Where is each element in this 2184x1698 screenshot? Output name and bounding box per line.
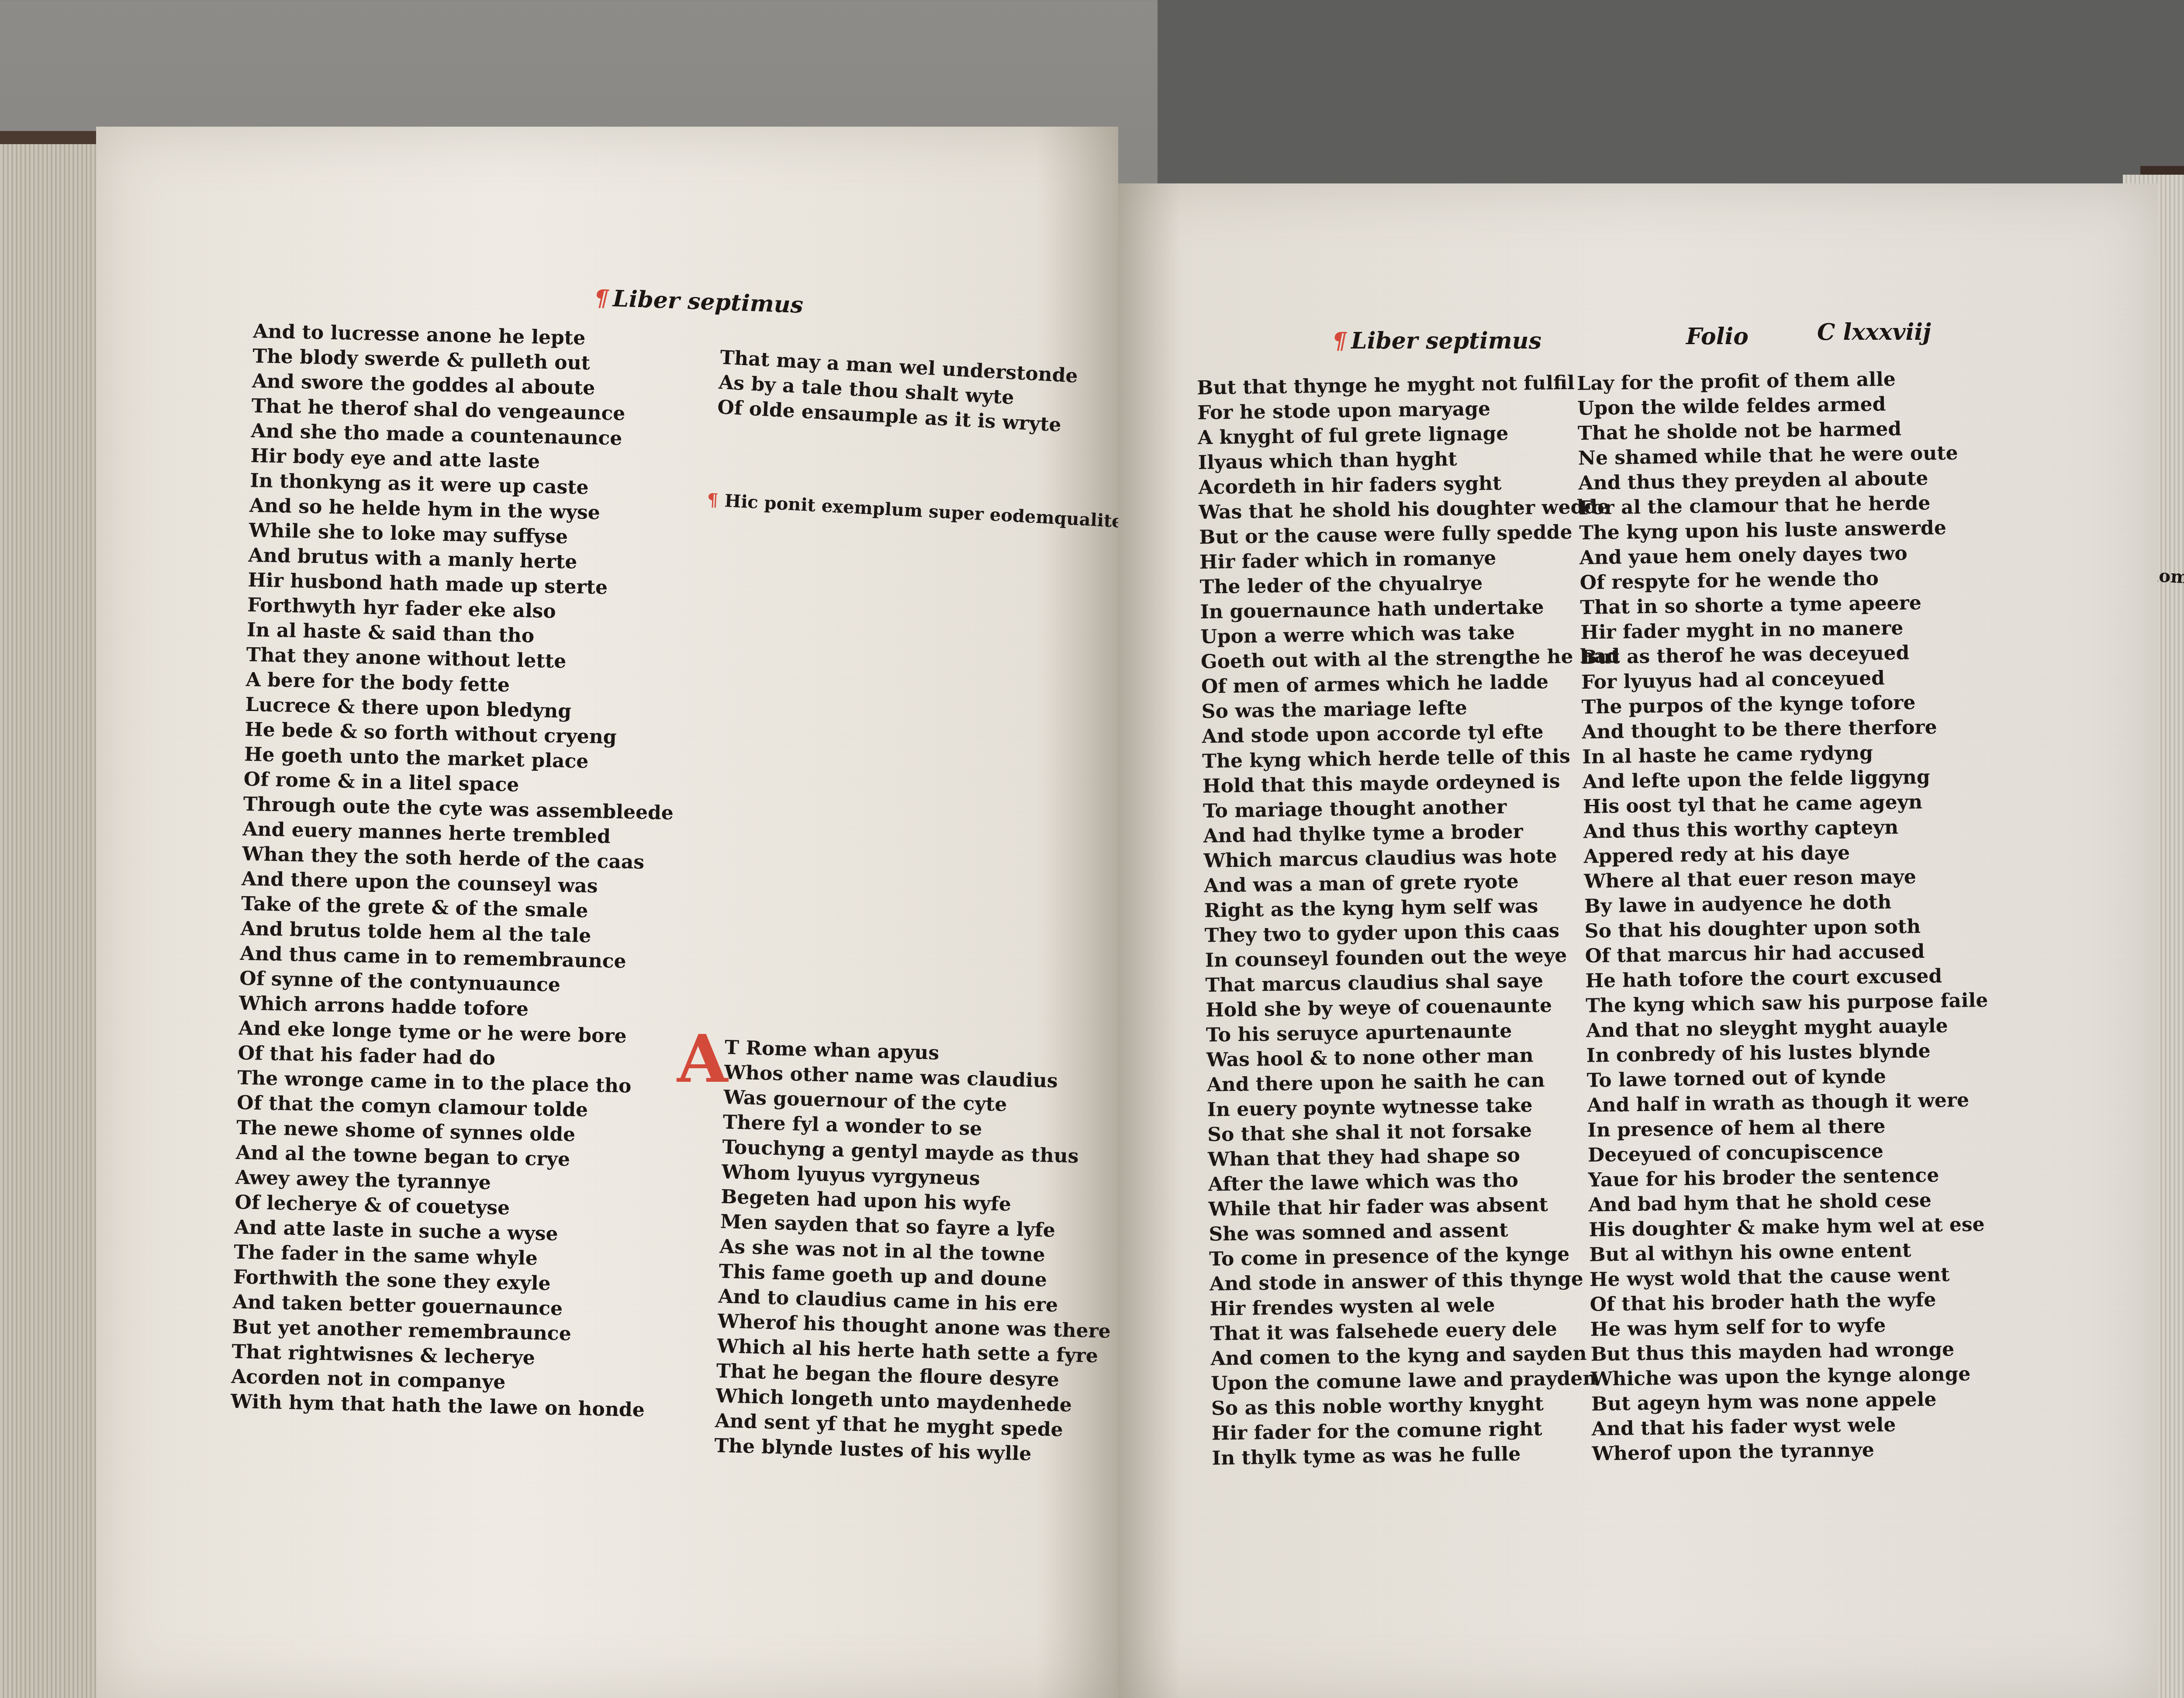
red-initial-a: A <box>677 1026 728 1092</box>
story-verse: T Rome whan apyusWhos other name was cla… <box>714 1035 1118 1468</box>
text-line: Hic ponit exemplum super eodem <box>724 490 1054 528</box>
folio-number: C lxxxviij <box>1817 319 1931 345</box>
pilcrow-icon: ¶ <box>706 488 719 512</box>
right-column1-verse: But that thynge he myght not fulfilFor h… <box>1197 370 1631 1471</box>
text-line: In thylk tyme as was he fulle <box>1212 1440 1631 1470</box>
left-column2-verse-intro: That may a man wel understondeAs by a ta… <box>717 345 1078 438</box>
running-head-title: Liber septimus <box>612 285 804 318</box>
folio-label: Folio <box>1686 323 1749 350</box>
left-page: ¶Liber septimus And to lucresse anone he… <box>96 127 1118 1698</box>
pilcrow-icon: ¶ <box>594 285 609 312</box>
left-running-head: ¶Liber septimus <box>594 285 804 319</box>
right-running-head: ¶Liber septimus <box>1332 328 1541 354</box>
running-head-title: Liber septimus <box>1351 328 1541 354</box>
left-column-verse: And to lucresse anone he lepteThe blody … <box>230 319 684 1423</box>
right-column2-verse: Lay for the profit of them alleUpon the … <box>1577 366 1994 1467</box>
text-line: Wherof upon the tyrannye <box>1592 1436 1994 1467</box>
right-page: ¶Liber septimus Folio C lxxxviij But tha… <box>1118 183 2158 1698</box>
pilcrow-icon: ¶ <box>1332 328 1347 354</box>
